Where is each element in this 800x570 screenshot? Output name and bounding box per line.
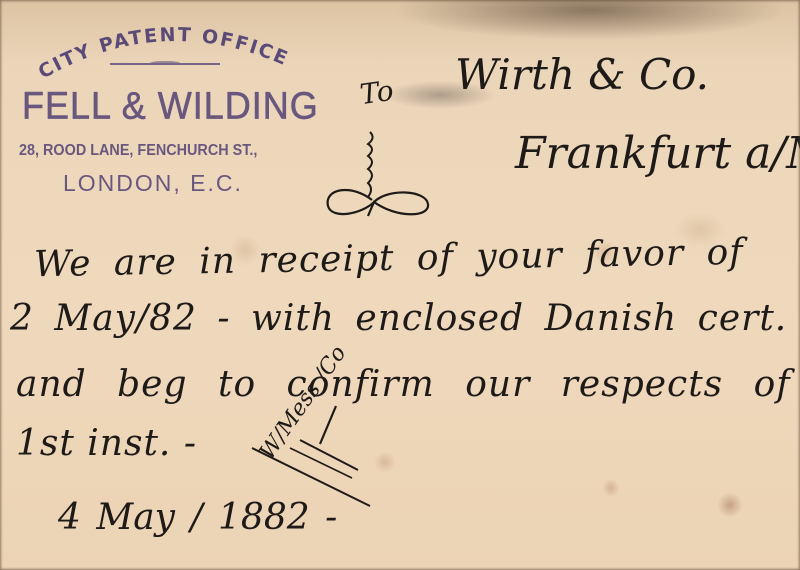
- recipient-prefix: To: [358, 74, 396, 111]
- stamp-address: 28, ROOD LANE, FENCHURCH ST.,: [19, 142, 257, 160]
- message-line-1: We are in receipt of your favor of: [34, 232, 744, 285]
- stamp-city: LONDON, E.C.: [63, 170, 243, 197]
- svg-text:CITY PATENT OFFICE: CITY PATENT OFFICE: [35, 24, 293, 84]
- stamp-arc-heading: CITY PATENT OFFICE: [20, 8, 320, 88]
- message-line-4: 1st inst. -: [16, 423, 197, 464]
- letter-date: 4 May / 1882 -: [58, 497, 337, 538]
- message-line-2: 2 May/82 - with enclosed Danish cert. Br…: [10, 298, 800, 339]
- recipient-name: Wirth & Co.: [455, 50, 709, 99]
- stamp-arc-text: CITY PATENT OFFICE: [35, 24, 293, 84]
- recipient-city: Frankfurt a/M.: [515, 128, 800, 179]
- stamp-divider: [110, 63, 220, 68]
- postcard: CITY PATENT OFFICE FELL & WILDING 28, RO…: [0, 0, 800, 570]
- stamp-firm-name: FELL & WILDING: [22, 84, 319, 128]
- flourish-icon: [322, 122, 434, 222]
- message-line-3: and beg to confirm our respects of: [16, 364, 791, 405]
